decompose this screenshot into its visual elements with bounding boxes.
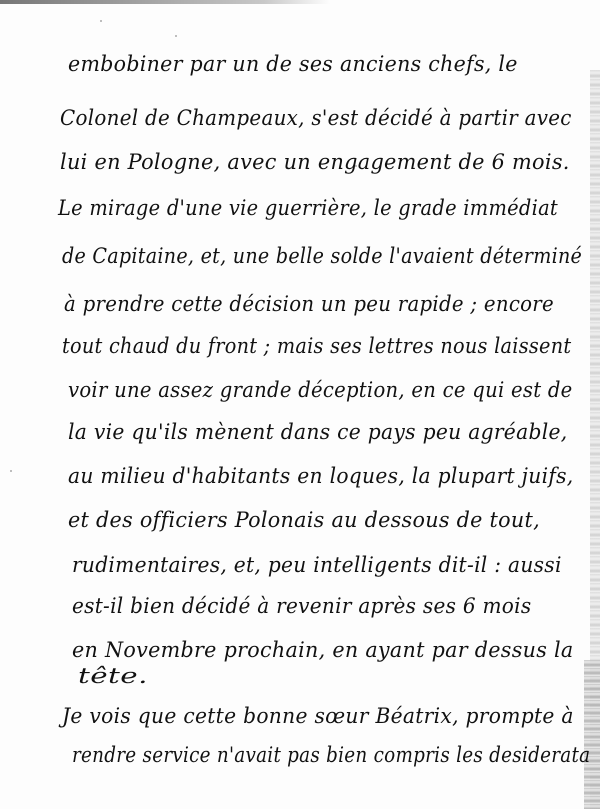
manuscript-line: Colonel de Champeaux, s'est décidé à par…	[60, 106, 572, 130]
manuscript-line: voir une assez grande déception, en ce q…	[68, 378, 573, 402]
manuscript-line: lui en Pologne, avec un engagement de 6 …	[60, 150, 570, 174]
paper-speck	[175, 35, 177, 37]
manuscript-line: la vie qu'ils mènent dans ce pays peu ag…	[68, 420, 568, 444]
manuscript-line: tout chaud du front ; mais ses lettres n…	[62, 334, 571, 358]
manuscript-line: embobiner par un de ses anciens chefs, l…	[68, 52, 518, 76]
manuscript-line: Le mirage d'une vie guerrière, le grade …	[58, 196, 558, 220]
manuscript-page: embobiner par un de ses anciens chefs, l…	[0, 0, 600, 809]
manuscript-line: à prendre cette décision un peu rapide ;…	[64, 292, 554, 316]
paper-speck	[10, 470, 12, 472]
manuscript-line: rendre service n'avait pas bien compris …	[72, 743, 590, 767]
manuscript-line: Je vois que cette bonne sœur Béatrix, pr…	[62, 704, 574, 728]
manuscript-line: tête.	[78, 664, 148, 688]
manuscript-line: en Novembre prochain, en ayant par dessu…	[72, 638, 574, 662]
manuscript-line: rudimentaires, et, peu intelligents dit-…	[72, 553, 562, 577]
manuscript-line: et des officiers Polonais au dessous de …	[68, 508, 540, 532]
scan-right-edge-lower	[584, 660, 600, 809]
manuscript-line: au milieu d'habitants en loques, la plup…	[68, 464, 574, 488]
scan-top-edge	[0, 0, 330, 4]
paper-speck	[100, 20, 102, 22]
manuscript-line: est-il bien décidé à revenir après ses 6…	[72, 594, 531, 618]
manuscript-line: de Capitaine, et, une belle solde l'avai…	[62, 244, 582, 268]
